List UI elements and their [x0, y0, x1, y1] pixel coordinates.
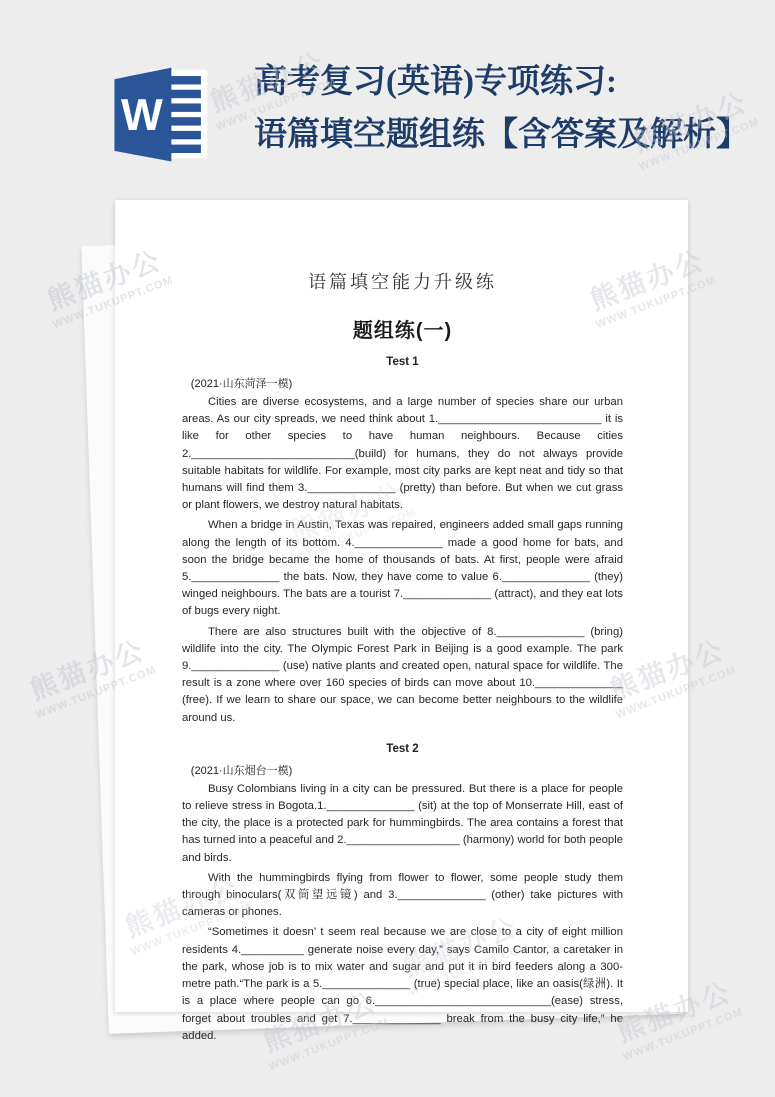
test1-label: Test 1	[182, 356, 623, 368]
header: W 高考复习(英语)专项练习: 语篇填空题组练【含答案及解析】	[0, 0, 775, 185]
test2-source: (2021·山东烟台一模)	[182, 762, 623, 778]
word-file-icon: W	[106, 56, 222, 172]
test2-paragraph: “Sometimes it doesn’ t seem real because…	[182, 924, 623, 1044]
document-page-preview[interactable]: 语篇填空能力升级练 题组练(一) Test 1 (2021·山东菏泽一模) Ci…	[115, 200, 688, 1012]
test2-paragraph: With the hummingbirds flying from flower…	[182, 870, 623, 922]
test1-paragraph: Cities are diverse ecosystems, and a lar…	[182, 394, 623, 514]
doc-title: 语篇填空能力升级练	[182, 268, 623, 294]
page-title-line1: 高考复习(英语)专项练习:	[254, 56, 769, 109]
doc-subtitle: 题组练(一)	[182, 314, 623, 343]
svg-text:W: W	[121, 91, 163, 140]
page-background: 熊猫办公WWW.TUKUPPT.COM 熊猫办公WWW.TUKUPPT.COM …	[0, 0, 775, 1097]
page-title: 高考复习(英语)专项练习: 语篇填空题组练【含答案及解析】	[254, 56, 769, 162]
test1-paragraph: There are also structures built with the…	[182, 624, 623, 727]
test2-label: Test 2	[182, 743, 623, 755]
test1-source: (2021·山东菏泽一模)	[182, 375, 623, 391]
page-title-line2: 语篇填空题组练【含答案及解析】	[254, 109, 769, 162]
test1-paragraph: When a bridge in Austin, Texas was repai…	[182, 517, 623, 620]
test2-paragraph: Busy Colombians living in a city can be …	[182, 781, 623, 867]
